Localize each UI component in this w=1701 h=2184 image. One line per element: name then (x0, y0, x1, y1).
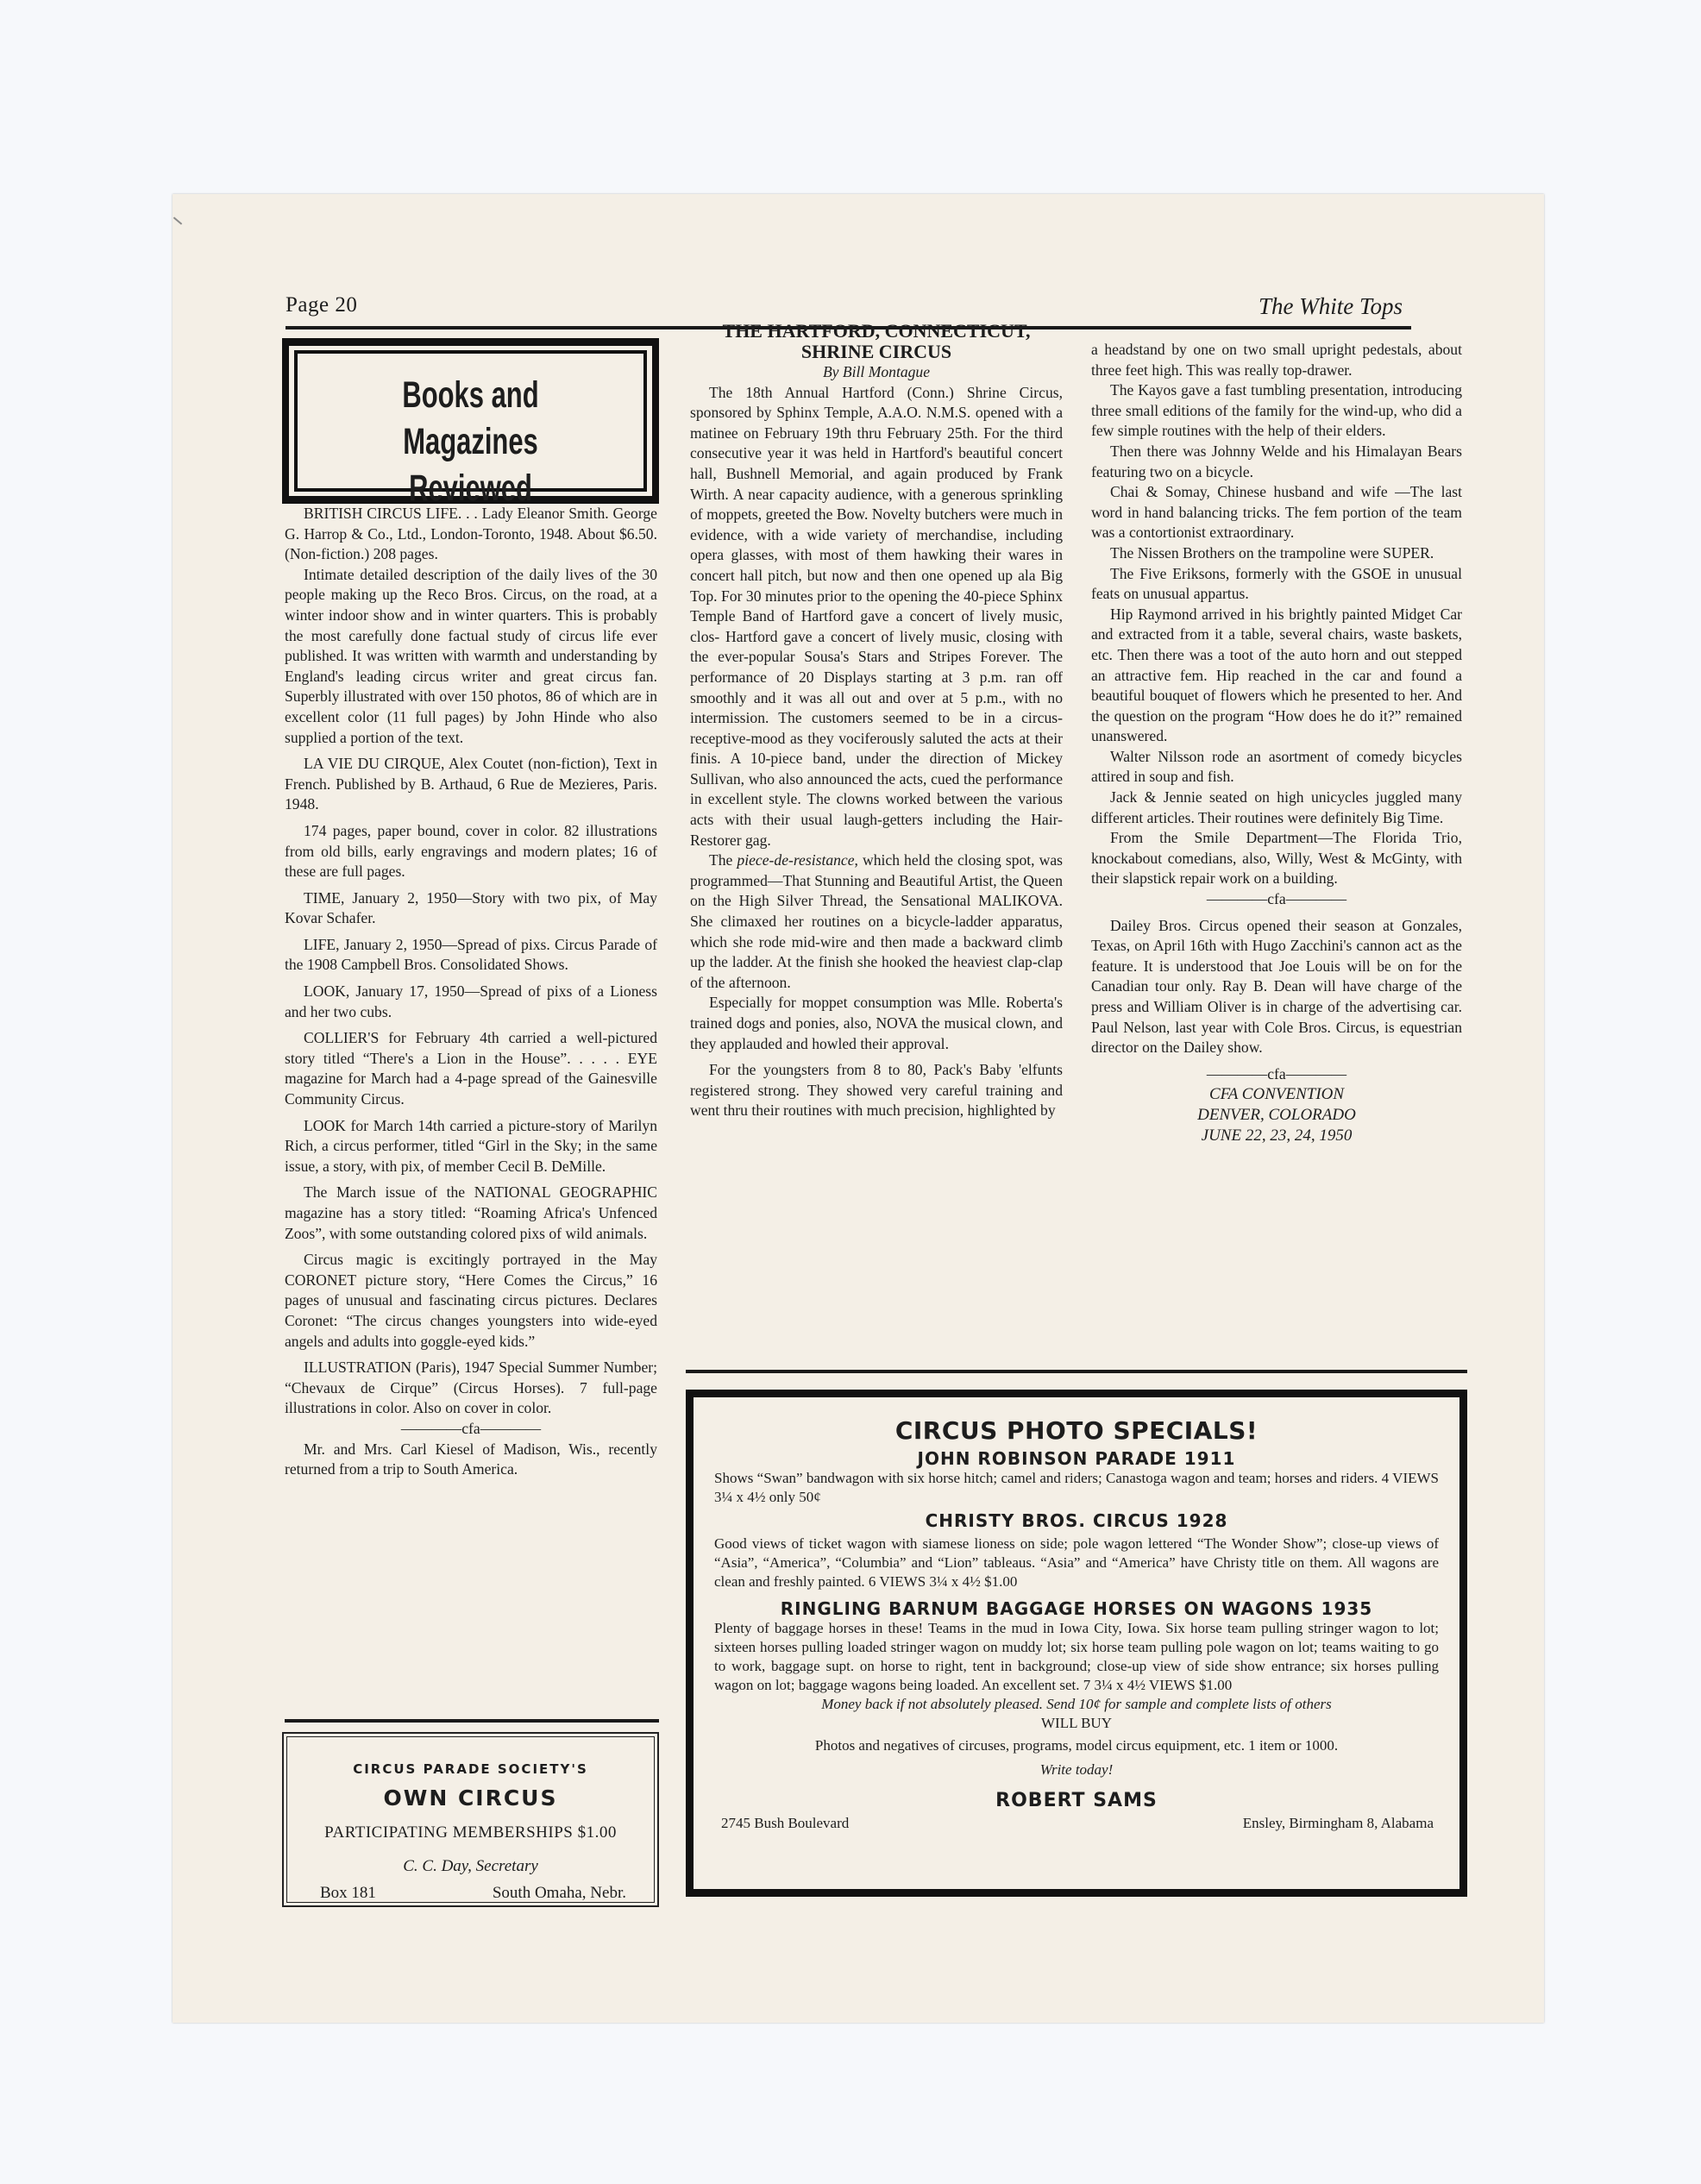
advertiser-city: Ensley, Birmingham 8, Alabama (1243, 1815, 1434, 1832)
society-city: South Omaha, Nebr. (493, 1884, 626, 1903)
article-paragraph: Especially for moppet consumption was Ml… (690, 993, 1063, 1054)
books-reviewed-title-box: Books and Magazines Reviewed (282, 338, 659, 504)
review-paragraph: The March issue of the NATIONAL GEOGRAPH… (285, 1183, 657, 1244)
article-byline: By Bill Montague (690, 362, 1063, 383)
cfa-separator: ————cfa———— (1091, 889, 1462, 910)
column-divider-rule (285, 1719, 659, 1723)
ad-item-heading: CHRISTY BROS. CIRCUS 1928 (714, 1510, 1439, 1531)
ad-item-description: Shows “Swan” bandwagon with six horse hi… (714, 1469, 1439, 1507)
convention-dates: JUNE 22, 23, 24, 1950 (1091, 1126, 1462, 1146)
article-paragraph: The Five Eriksons, formerly with the GSO… (1091, 564, 1462, 605)
secretary-name: C. C. Day, Secretary (284, 1857, 657, 1876)
books-title-line1: Books and Magazines (340, 372, 601, 465)
review-paragraph: COLLIER'S for February 4th carried a wel… (285, 1028, 657, 1109)
article-paragraph: For the youngsters from 8 to 80, Pack's … (690, 1060, 1063, 1121)
society-headline: OWN CIRCUS (284, 1785, 657, 1811)
circus-photo-specials-ad: CIRCUS PHOTO SPECIALS! JOHN ROBINSON PAR… (686, 1390, 1467, 1897)
dailey-news-paragraph: Dailey Bros. Circus opened their season … (1091, 916, 1462, 1058)
membership-price: PARTICIPATING MEMBERSHIPS $1.00 (284, 1823, 657, 1842)
publication-title: The White Tops (1258, 293, 1403, 320)
books-review-column: BRITISH CIRCUS LIFE. . . Lady Eleanor Sm… (285, 504, 657, 1480)
review-paragraph: LOOK, January 17, 1950—Spread of pixs of… (285, 982, 657, 1022)
page-number: Page 20 (286, 293, 357, 317)
ad-buy-text: Photos and negatives of circuses, progra… (714, 1736, 1439, 1755)
article-paragraph: The 18th Annual Hartford (Conn.) Shrine … (690, 383, 1063, 851)
ad-item-description: Good views of ticket wagon with siamese … (714, 1534, 1439, 1591)
article-paragraph: The Nissen Brothers on the trampoline we… (1091, 543, 1462, 564)
cfa-separator: ————cfa———— (1091, 1064, 1462, 1085)
article-paragraph: a headstand by one on two small upright … (1091, 340, 1462, 380)
article-paragraph: The Kayos gave a fast tumbling presentat… (1091, 380, 1462, 442)
article-paragraph: From the Smile Department—The Florida Tr… (1091, 828, 1462, 889)
ad-will-buy: WILL BUY (714, 1714, 1439, 1733)
italic-phrase: piece-de-resistance (737, 851, 854, 869)
review-paragraph: TIME, January 2, 1950—Story with two pix… (285, 888, 657, 929)
society-name: CIRCUS PARADE SOCIETY'S (284, 1761, 657, 1777)
review-paragraph: LA VIE DU CIRQUE, Alex Coutet (non-ficti… (285, 754, 657, 815)
advertiser-name: ROBERT SAMS (714, 1790, 1439, 1811)
books-reviewed-title: Books and Magazines Reviewed (340, 372, 601, 511)
society-box-number: Box 181 (320, 1884, 376, 1903)
review-paragraph: ILLUSTRATION (Paris), 1947 Special Summe… (285, 1358, 657, 1419)
review-paragraph: 174 pages, paper bound, cover in color. … (285, 821, 657, 882)
cfa-separator: ————cfa———— (285, 1419, 657, 1440)
article-paragraph: Then there was Johnny Welde and his Hima… (1091, 442, 1462, 482)
convention-line: CFA CONVENTION (1091, 1084, 1462, 1105)
hartford-article: THE HARTFORD, CONNECTICUT, SHRINE CIRCUS… (690, 321, 1063, 1121)
review-paragraph: BRITISH CIRCUS LIFE. . . Lady Eleanor Sm… (285, 504, 657, 565)
review-paragraph: Circus magic is excitingly portrayed in … (285, 1250, 657, 1352)
section-divider-rule (686, 1370, 1467, 1373)
ad-item-description: Plenty of baggage horses in these! Teams… (714, 1619, 1439, 1695)
ad-item-heading: JOHN ROBINSON PARADE 1911 (714, 1448, 1439, 1469)
advertiser-street: 2745 Bush Boulevard (721, 1815, 849, 1832)
ad-title: CIRCUS PHOTO SPECIALS! (714, 1416, 1439, 1445)
review-paragraph: LIFE, January 2, 1950—Spread of pixs. Ci… (285, 935, 657, 976)
review-paragraph: LOOK for March 14th carried a picture-st… (285, 1116, 657, 1177)
ad-guarantee: Money back if not absolutely pleased. Se… (714, 1695, 1439, 1714)
ad-item-heading: RINGLING BARNUM BAGGAGE HORSES ON WAGONS… (714, 1598, 1439, 1619)
article-title: THE HARTFORD, CONNECTICUT, SHRINE CIRCUS (690, 321, 1063, 362)
advertiser-address: 2745 Bush Boulevard Ensley, Birmingham 8… (714, 1815, 1439, 1836)
article-paragraph: Jack & Jennie seated on high unicycles j… (1091, 788, 1462, 828)
article-paragraph: Hip Raymond arrived in his brightly pain… (1091, 605, 1462, 747)
article-paragraph: Chai & Somay, Chinese husband and wife —… (1091, 482, 1462, 543)
article-paragraph: The piece-de-resistance, which held the … (690, 850, 1063, 993)
review-paragraph: Intimate detailed description of the dai… (285, 565, 657, 748)
news-paragraph: Mr. and Mrs. Carl Kiesel of Madison, Wis… (285, 1440, 657, 1480)
article-paragraph: Walter Nilsson rode an asortment of come… (1091, 747, 1462, 788)
circus-parade-society-ad: CIRCUS PARADE SOCIETY'S OWN CIRCUS PARTI… (282, 1732, 659, 1907)
hartford-article-continued: a headstand by one on two small upright … (1091, 340, 1462, 1146)
ad-call-to-action: Write today! (714, 1760, 1439, 1779)
convention-location: DENVER, COLORADO (1091, 1105, 1462, 1126)
